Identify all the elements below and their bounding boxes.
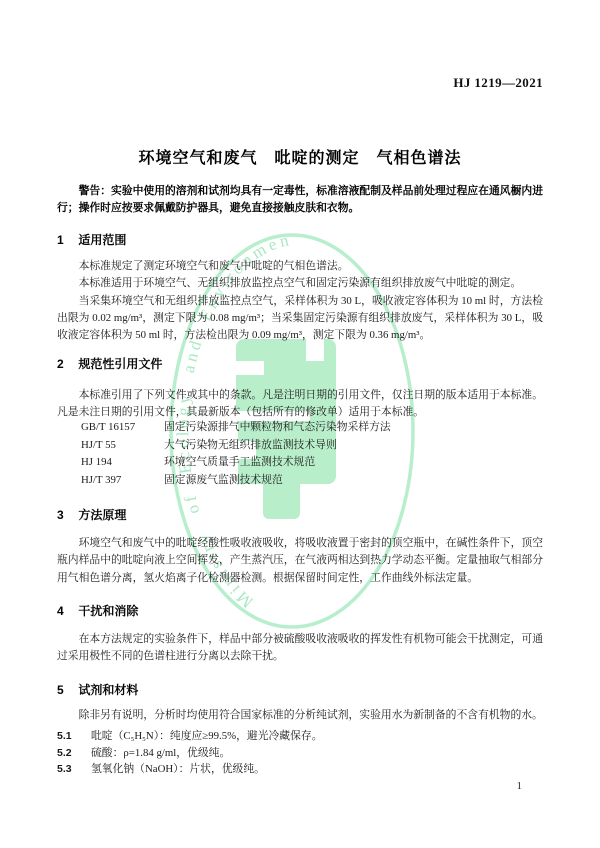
document-title: 环境空气和废气 吡啶的测定 气相色谱法 xyxy=(0,145,600,168)
reference-title: 环境空气质量手工监测技术规范 xyxy=(164,456,315,468)
reference-code: HJ/T 397 xyxy=(81,472,164,490)
item-number: 5.3 xyxy=(57,761,83,778)
section-number: 2 xyxy=(57,357,75,371)
paragraph: 本标准引用了下列文件或其中的条款。凡是注明日期的引用文件，仅注日期的版本适用于本… xyxy=(57,387,543,422)
section-heading-normative-references: 2 规范性引用文件 xyxy=(57,355,162,372)
paragraph: 本标准规定了测定环境空气和废气中吡啶的气相色谱法。 xyxy=(57,258,543,275)
item-number: 5.1 xyxy=(57,728,83,745)
paragraph: 环境空气和废气中的吡啶经酸性吸收液吸收，将吸收液置于密封的顶空瓶中，在碱性条件下… xyxy=(57,535,543,587)
standard-number: HJ 1219—2021 xyxy=(453,75,543,91)
paragraph: 当采集环境空气和无组织排放监控点空气，采样体积为 30 L，吸收液定容体积为 1… xyxy=(57,293,543,345)
section-body-normative-references: 本标准引用了下列文件或其中的条款。凡是注明日期的引用文件，仅注日期的版本适用于本… xyxy=(57,387,543,422)
section-heading-reagents: 5 试剂和材料 xyxy=(57,681,138,698)
reference-item: HJ/T 55大气污染物无组织排放监测技术导则 xyxy=(57,437,543,455)
section-number: 1 xyxy=(57,233,75,247)
reference-item: HJ 194环境空气质量手工监测技术规范 xyxy=(57,454,543,472)
section-heading-interference: 4 干扰和消除 xyxy=(57,602,138,619)
paragraph: 除非另有说明，分析时均使用符合国家标准的分析纯试剂，实验用水为新制备的不含有机物… xyxy=(57,707,543,724)
section-label: 干扰和消除 xyxy=(78,604,138,618)
section-heading-scope: 1 适用范围 xyxy=(57,231,126,248)
reference-code: HJ/T 55 xyxy=(81,437,164,455)
reference-item: HJ/T 397固定源废气监测技术规范 xyxy=(57,472,543,490)
section-body-scope: 本标准规定了测定环境空气和废气中吡啶的气相色谱法。 本标准适用于环境空气、无组织… xyxy=(57,258,543,344)
section-number: 4 xyxy=(57,604,75,618)
paragraph: 在本方法规定的实验条件下，样品中部分被硫酸吸收液吸收的挥发性有机物可能会干扰测定… xyxy=(57,631,543,666)
warning-paragraph: 警告：实验中使用的溶剂和试剂均具有一定毒性，标准溶液配制及样品前处理过程应在通风… xyxy=(57,183,543,217)
section-label: 规范性引用文件 xyxy=(78,357,162,371)
reference-title: 大气污染物无组织排放监测技术导则 xyxy=(164,439,337,451)
item-text: 吡啶（C₅H₅N）：纯度应≥99.5%，避光冷藏保存。 xyxy=(91,730,323,742)
document-page: Ministry of Ecology and Environment HJ 1… xyxy=(0,0,600,848)
list-item: 5.1吡啶（C₅H₅N）：纯度应≥99.5%，避光冷藏保存。 xyxy=(57,728,543,745)
item-text: 氢氧化钠（NaOH）：片状，优级纯。 xyxy=(91,763,265,775)
section-body-interference: 在本方法规定的实验条件下，样品中部分被硫酸吸收液吸收的挥发性有机物可能会干扰测定… xyxy=(57,631,543,666)
item-text: 硫酸：ρ=1.84 g/ml，优级纯。 xyxy=(91,747,230,759)
reference-title: 固定污染源排气中颗粒物和气态污染物采样方法 xyxy=(164,421,391,433)
reference-item: GB/T 16157固定污染源排气中颗粒物和气态污染物采样方法 xyxy=(57,419,543,437)
section-label: 方法原理 xyxy=(78,508,126,522)
section-number: 5 xyxy=(57,683,75,697)
paragraph: 本标准适用于环境空气、无组织排放监控点空气和固定污染源有组织排放废气中吡啶的测定… xyxy=(57,275,543,292)
list-item: 5.2硫酸：ρ=1.84 g/ml，优级纯。 xyxy=(57,745,543,762)
section-number: 3 xyxy=(57,508,75,522)
section-label: 适用范围 xyxy=(78,233,126,247)
item-number: 5.2 xyxy=(57,745,83,762)
list-item: 5.3氢氧化钠（NaOH）：片状，优级纯。 xyxy=(57,761,543,778)
section-body-reagents: 除非另有说明，分析时均使用符合国家标准的分析纯试剂，实验用水为新制备的不含有机物… xyxy=(57,707,543,724)
section-label: 试剂和材料 xyxy=(78,683,138,697)
reference-title: 固定源废气监测技术规范 xyxy=(164,474,283,486)
section-heading-method-principle: 3 方法原理 xyxy=(57,506,126,523)
references-list: GB/T 16157固定污染源排气中颗粒物和气态污染物采样方法 HJ/T 55大… xyxy=(57,419,543,489)
reference-code: GB/T 16157 xyxy=(81,419,164,437)
section-body-method-principle: 环境空气和废气中的吡啶经酸性吸收液吸收，将吸收液置于密封的顶空瓶中，在碱性条件下… xyxy=(57,535,543,587)
reagent-items: 5.1吡啶（C₅H₅N）：纯度应≥99.5%，避光冷藏保存。 5.2硫酸：ρ=1… xyxy=(57,728,543,778)
page-number: 1 xyxy=(517,780,523,792)
reference-code: HJ 194 xyxy=(81,454,164,472)
